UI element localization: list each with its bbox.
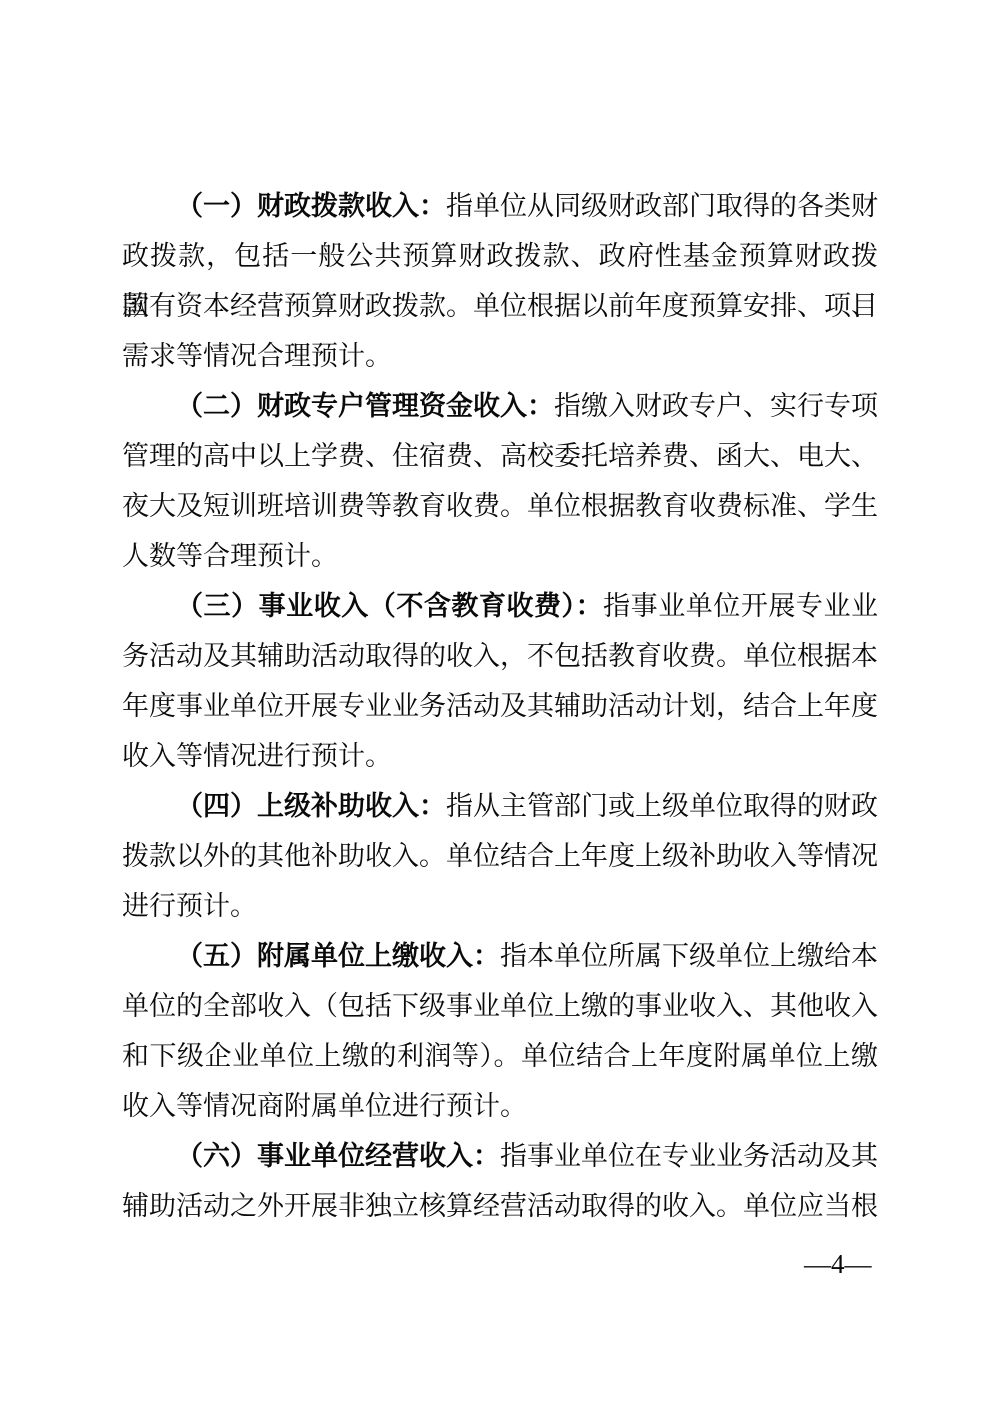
paragraph-5: （五）附属单位上缴收入：指本单位所属下级单位上缴给本 单位的全部收入（包括下级事…	[122, 931, 878, 1131]
paragraph-line: 管理的高中以上学费、住宿费、高校委托培养费、函大、电大、	[122, 431, 878, 481]
paragraph-2: （二）财政专户管理资金收入：指缴入财政专户、实行专项 管理的高中以上学费、住宿费…	[122, 381, 878, 581]
clause-3-head: （三）事业收入（不含教育收费）：	[176, 591, 603, 621]
clause-1-head: （一）财政拨款收入：	[176, 191, 446, 221]
paragraph-line: 进行预计。	[122, 881, 878, 931]
paragraph-line: （一）财政拨款收入：指单位从同级财政部门取得的各类财	[122, 181, 878, 231]
paragraph-line: （三）事业收入（不含教育收费）：指事业单位开展专业业	[122, 581, 878, 631]
paragraph-line: 辅助活动之外开展非独立核算经营活动取得的收入。单位应当根	[122, 1181, 878, 1231]
clause-6-head: （六）事业单位经营收入：	[176, 1141, 500, 1171]
paragraph-1: （一）财政拨款收入：指单位从同级财政部门取得的各类财 政拨款，包括一般公共预算财…	[122, 181, 878, 381]
paragraph-line: （六）事业单位经营收入：指事业单位在专业业务活动及其	[122, 1131, 878, 1181]
clause-4-text: 指从主管部门或上级单位取得的财政	[446, 791, 878, 821]
document-page: （一）财政拨款收入：指单位从同级财政部门取得的各类财 政拨款，包括一般公共预算财…	[0, 0, 992, 1403]
paragraph-line: （五）附属单位上缴收入：指本单位所属下级单位上缴给本	[122, 931, 878, 981]
paragraph-line: 政拨款，包括一般公共预算财政拨款、政府性基金预算财政拨款、	[122, 231, 878, 281]
paragraph-line: （二）财政专户管理资金收入：指缴入财政专户、实行专项	[122, 381, 878, 431]
paragraph-4: （四）上级补助收入：指从主管部门或上级单位取得的财政 拨款以外的其他补助收入。单…	[122, 781, 878, 931]
clause-2-head: （二）财政专户管理资金收入：	[176, 391, 554, 421]
clause-2-text: 指缴入财政专户、实行专项	[554, 391, 878, 421]
paragraph-line: 收入等情况商附属单位进行预计。	[122, 1081, 878, 1131]
clause-1-text: 指单位从同级财政部门取得的各类财	[446, 191, 878, 221]
clause-6-text: 指事业单位在专业业务活动及其	[500, 1141, 878, 1171]
clause-4-head: （四）上级补助收入：	[176, 791, 446, 821]
paragraph-line: （四）上级补助收入：指从主管部门或上级单位取得的财政	[122, 781, 878, 831]
paragraph-6: （六）事业单位经营收入：指事业单位在专业业务活动及其 辅助活动之外开展非独立核算…	[122, 1131, 878, 1231]
paragraph-line: 拨款以外的其他补助收入。单位结合上年度上级补助收入等情况	[122, 831, 878, 881]
paragraph-line: 需求等情况合理预计。	[122, 331, 878, 381]
paragraph-3: （三）事业收入（不含教育收费）：指事业单位开展专业业 务活动及其辅助活动取得的收…	[122, 581, 878, 781]
paragraph-line: 夜大及短训班培训费等教育收费。单位根据教育收费标准、学生	[122, 481, 878, 531]
page-number: —4—	[804, 1246, 872, 1282]
paragraph-line: 务活动及其辅助活动取得的收入，不包括教育收费。单位根据本	[122, 631, 878, 681]
clause-5-text: 指本单位所属下级单位上缴给本	[500, 941, 878, 971]
clause-5-head: （五）附属单位上缴收入：	[176, 941, 500, 971]
clause-3-text: 指事业单位开展专业业	[603, 591, 878, 621]
paragraph-line: 人数等合理预计。	[122, 531, 878, 581]
paragraph-line: 和下级企业单位上缴的利润等）。单位结合上年度附属单位上缴	[122, 1031, 878, 1081]
document-body: （一）财政拨款收入：指单位从同级财政部门取得的各类财 政拨款，包括一般公共预算财…	[122, 181, 878, 1231]
paragraph-line: 国有资本经营预算财政拨款。单位根据以前年度预算安排、项目	[122, 281, 878, 331]
paragraph-line: 年度事业单位开展专业业务活动及其辅助活动计划，结合上年度	[122, 681, 878, 731]
paragraph-line: 收入等情况进行预计。	[122, 731, 878, 781]
paragraph-line: 单位的全部收入（包括下级事业单位上缴的事业收入、其他收入	[122, 981, 878, 1031]
